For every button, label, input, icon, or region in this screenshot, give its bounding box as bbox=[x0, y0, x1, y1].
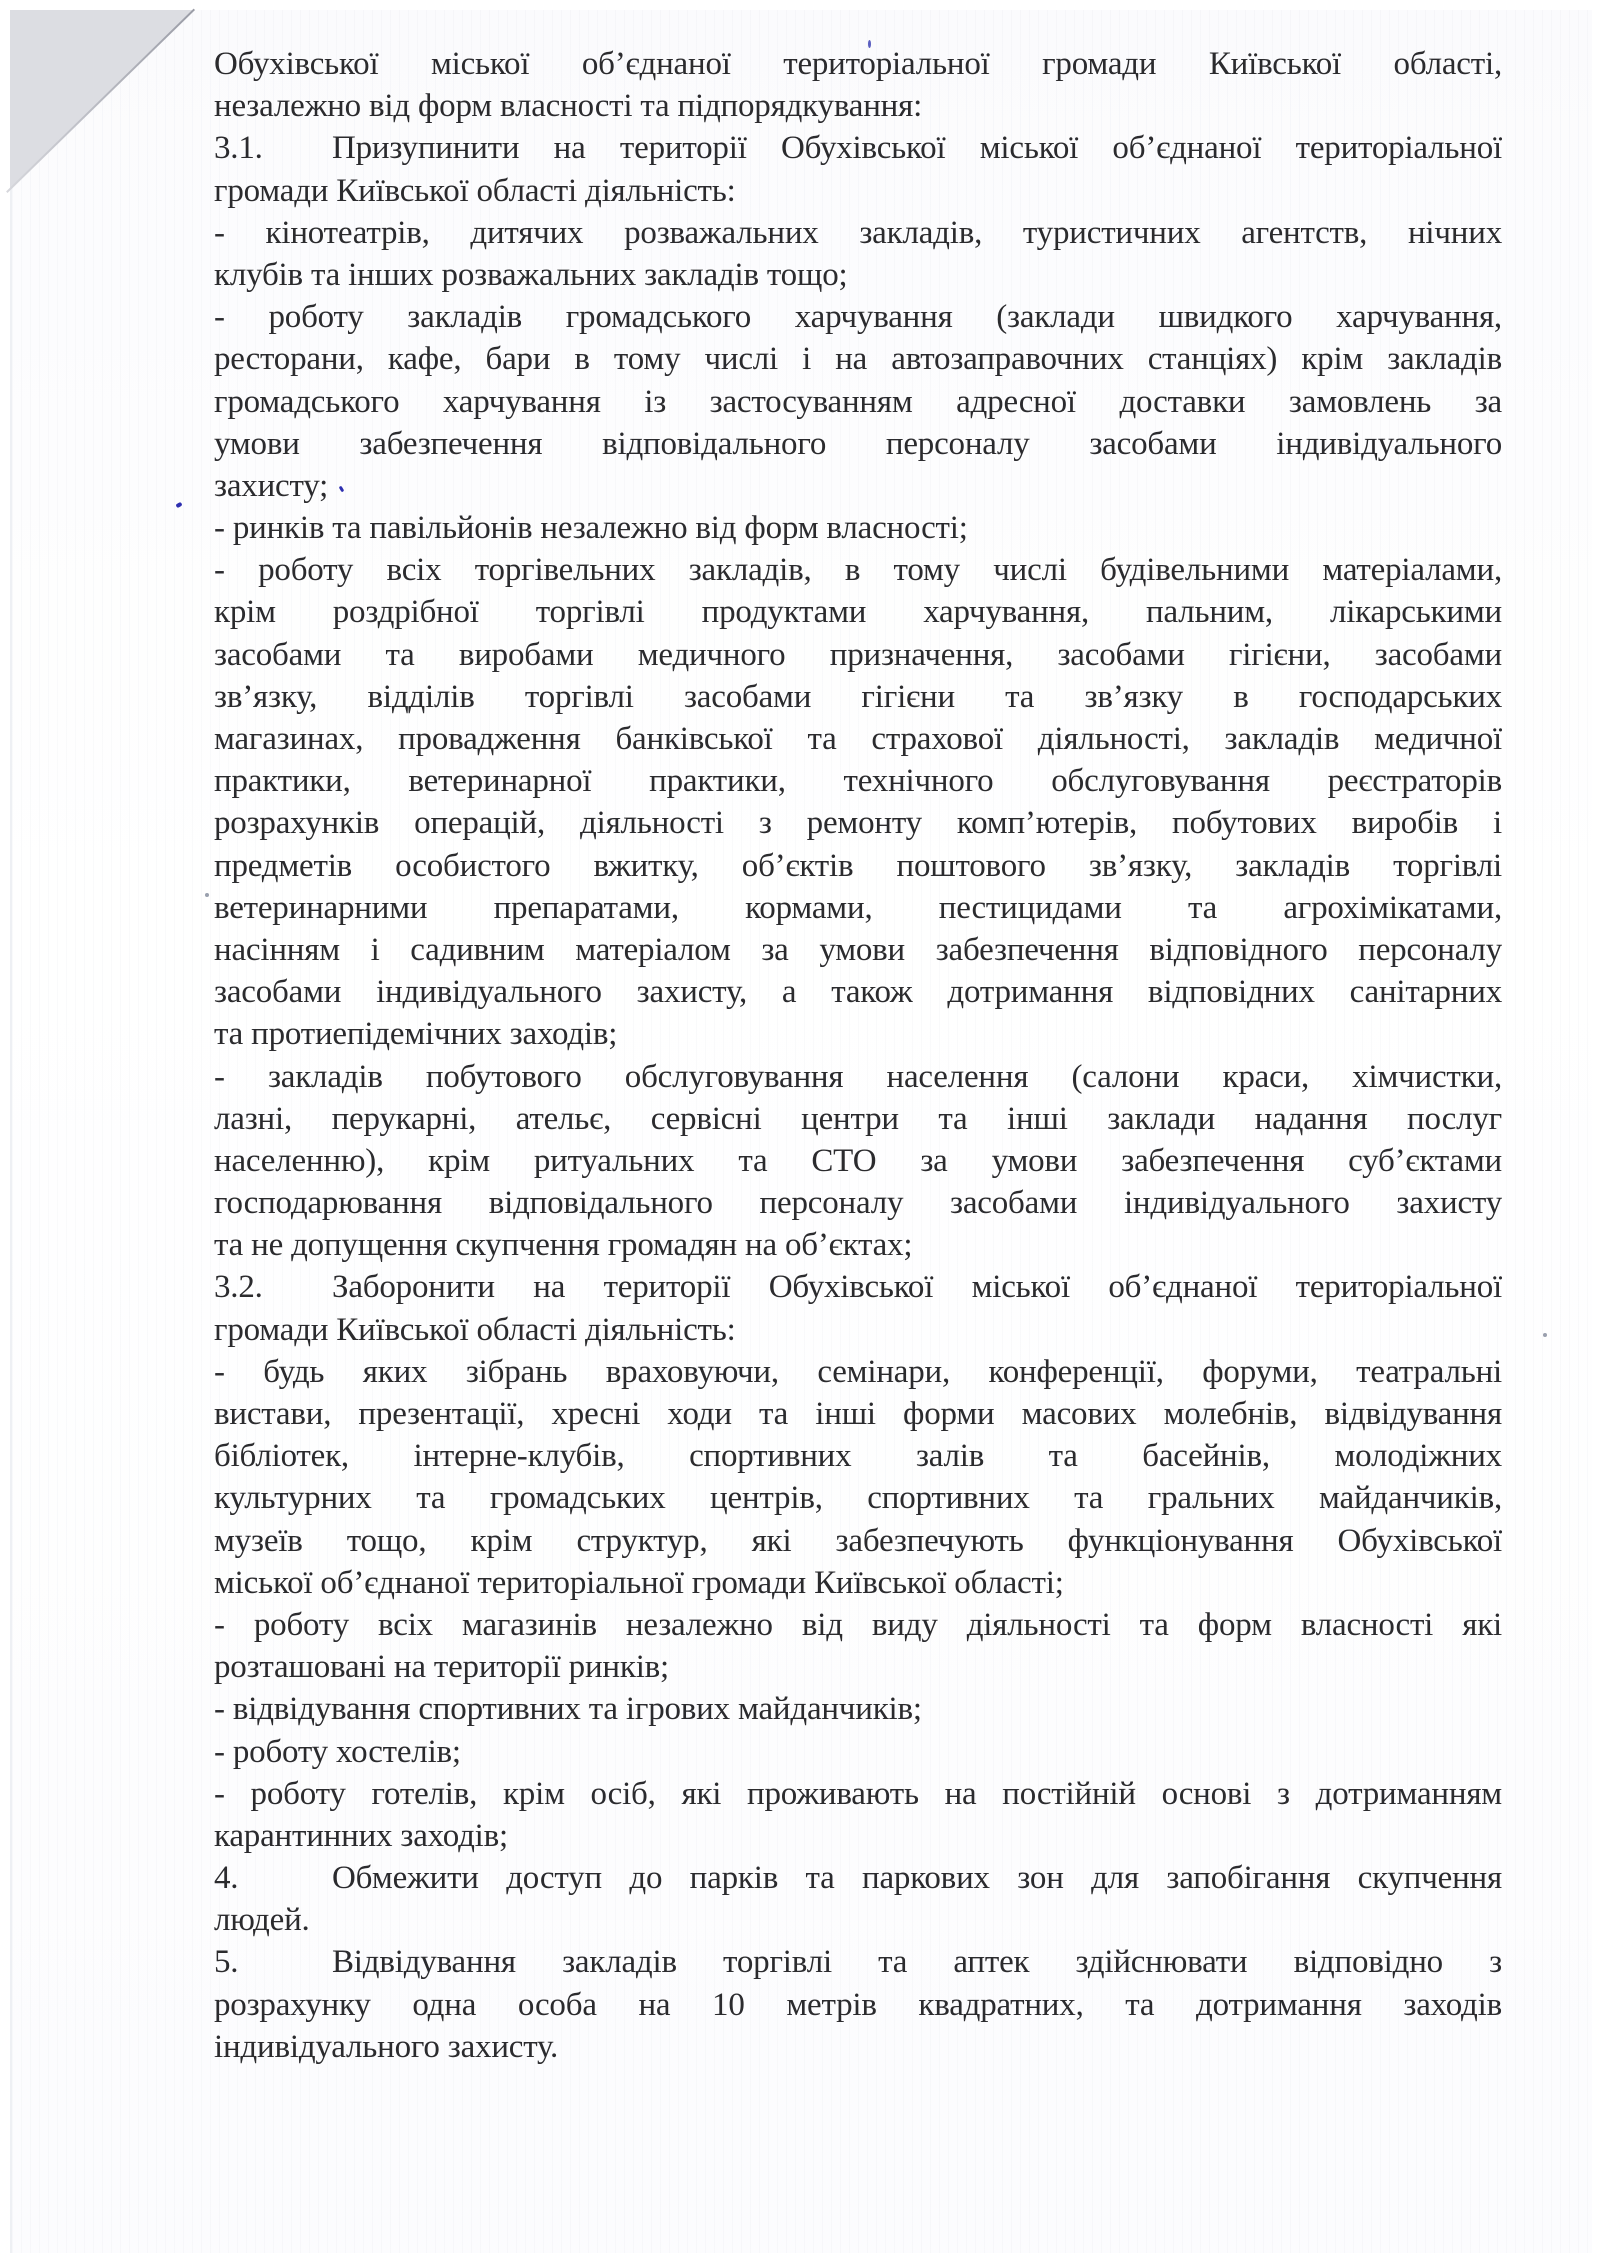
text-line: розрахунків операцій, діяльності з ремон… bbox=[214, 802, 1502, 844]
text-line: - роботу закладів громадського харчуванн… bbox=[214, 296, 1502, 338]
paragraph-p3-1-catering: - роботу закладів громадського харчуванн… bbox=[214, 296, 1502, 507]
text-line: розрахунку одна особа на 10 метрів квадр… bbox=[214, 1984, 1502, 2026]
line-text: індивідуального захисту. bbox=[214, 2029, 558, 2065]
line-text: - будь яких зібрань враховуючи, семінари… bbox=[214, 1354, 1502, 1390]
paragraph-p3-2-hostels: - роботу хостелів; bbox=[214, 1731, 1502, 1773]
paragraph-p5: 5.Відвідування закладів торгівлі та апте… bbox=[214, 1941, 1502, 2068]
paragraph-p3-2-gatherings: - будь яких зібрань враховуючи, семінари… bbox=[214, 1351, 1502, 1604]
text-line: - ринків та павільйонів незалежно від фо… bbox=[214, 507, 1502, 549]
line-text: насінням і садивним матеріалом за умови … bbox=[214, 932, 1502, 968]
line-text: Відвідування закладів торгівлі та аптек … bbox=[332, 1944, 1502, 1980]
clause-number: 4. bbox=[214, 1857, 332, 1899]
line-text: - роботу готелів, крім осіб, які прожива… bbox=[214, 1776, 1502, 1812]
line-text: культурних та громадських центрів, спорт… bbox=[214, 1480, 1502, 1516]
line-text: захисту; bbox=[214, 468, 328, 504]
text-line: громадського харчування із застосуванням… bbox=[214, 381, 1502, 423]
line-text: Обмежити доступ до парків та паркових зо… bbox=[332, 1860, 1502, 1896]
line-text: умови забезпечення відповідального персо… bbox=[214, 426, 1502, 462]
text-line: крім роздрібної торгівлі продуктами харч… bbox=[214, 591, 1502, 633]
text-line: - роботу готелів, крім осіб, які прожива… bbox=[214, 1773, 1502, 1815]
line-text: зв’язку, відділів торгівлі засобами гігі… bbox=[214, 679, 1502, 715]
text-line: Обухівської міської об’єднаної територіа… bbox=[214, 43, 1502, 85]
scan-speck bbox=[1543, 1333, 1547, 1337]
line-text: громадського харчування із застосуванням… bbox=[214, 384, 1502, 420]
text-line: - будь яких зібрань враховуючи, семінари… bbox=[214, 1351, 1502, 1393]
text-line: ветеринарними препаратами, кормами, пест… bbox=[214, 887, 1502, 929]
line-text: предметів особистого вжитку, об’єктів по… bbox=[214, 848, 1502, 884]
line-text: - відвідування спортивних та ігрових май… bbox=[214, 1691, 922, 1727]
text-line: предметів особистого вжитку, об’єктів по… bbox=[214, 845, 1502, 887]
paragraph-p3-2: 3.2.Заборонити на території Обухівської … bbox=[214, 1266, 1502, 1350]
text-line: - роботу хостелів; bbox=[214, 1731, 1502, 1773]
line-text: громади Київської області діяльність: bbox=[214, 173, 736, 209]
line-text: бібліотек, інтерне-клубів, спортивних за… bbox=[214, 1438, 1502, 1474]
text-line: бібліотек, інтерне-клубів, спортивних за… bbox=[214, 1435, 1502, 1477]
text-line: карантинних заходів; bbox=[214, 1815, 1502, 1857]
paragraph-p3-1-cinemas: - кінотеатрів, дитячих розважальних закл… bbox=[214, 212, 1502, 296]
clause-number: 5. bbox=[214, 1941, 332, 1983]
text-line: 5.Відвідування закладів торгівлі та апте… bbox=[214, 1941, 1502, 1983]
line-text: незалежно від форм власності та підпоряд… bbox=[214, 88, 922, 124]
line-text: Призупинити на території Обухівської міс… bbox=[332, 130, 1502, 166]
text-line: клубів та інших розважальних закладів то… bbox=[214, 254, 1502, 296]
text-line: практики, ветеринарної практики, технічн… bbox=[214, 760, 1502, 802]
paragraph-p3-2-shops: - роботу всіх магазинів незалежно від ви… bbox=[214, 1604, 1502, 1688]
line-text: крім роздрібної торгівлі продуктами харч… bbox=[214, 594, 1502, 630]
text-line: ресторани, кафе, бари в тому числі і на … bbox=[214, 338, 1502, 380]
text-line: людей. bbox=[214, 1899, 1502, 1941]
scan-speck bbox=[205, 893, 209, 897]
line-text: - ринків та павільйонів незалежно від фо… bbox=[214, 510, 968, 546]
line-text: засобами та виробами медичного призначен… bbox=[214, 637, 1502, 673]
line-text: та не допущення скупчення громадян на об… bbox=[214, 1227, 912, 1263]
paragraph-p3-2-hotels: - роботу готелів, крім осіб, які прожива… bbox=[214, 1773, 1502, 1857]
text-line: 4.Обмежити доступ до парків та паркових … bbox=[214, 1857, 1502, 1899]
text-line: населенню), крім ритуальних та СТО за ум… bbox=[214, 1140, 1502, 1182]
line-text: практики, ветеринарної практики, технічн… bbox=[214, 763, 1502, 799]
text-line: - роботу всіх торгівельних закладів, в т… bbox=[214, 549, 1502, 591]
text-line: громади Київської області діяльність: bbox=[214, 170, 1502, 212]
line-text: - кінотеатрів, дитячих розважальних закл… bbox=[214, 215, 1502, 251]
line-text: громади Київської області діяльність: bbox=[214, 1312, 736, 1348]
line-text: - роботу хостелів; bbox=[214, 1734, 461, 1770]
line-text: музеїв тощо, крім структур, які забезпеч… bbox=[214, 1523, 1502, 1559]
line-text: магазинах, провадження банківської та ст… bbox=[214, 721, 1502, 757]
document-body: Обухівської міської об’єднаної територіа… bbox=[214, 43, 1502, 2068]
text-line: 3.2.Заборонити на території Обухівської … bbox=[214, 1266, 1502, 1308]
clause-number: 3.1. bbox=[214, 127, 332, 169]
text-line: - роботу всіх магазинів незалежно від ви… bbox=[214, 1604, 1502, 1646]
paragraph-p3-1-services: - закладів побутового обслуговування нас… bbox=[214, 1056, 1502, 1267]
line-text: Заборонити на території Обухівської місь… bbox=[332, 1269, 1502, 1305]
text-line: міської об’єднаної територіальної громад… bbox=[214, 1562, 1502, 1604]
paragraph-p3-1-markets: - ринків та павільйонів незалежно від фо… bbox=[214, 507, 1502, 549]
text-line: умови забезпечення відповідального персо… bbox=[214, 423, 1502, 465]
text-line: музеїв тощо, крім структур, які забезпеч… bbox=[214, 1520, 1502, 1562]
clause-number: 3.2. bbox=[214, 1266, 332, 1308]
line-text: засобами індивідуального захисту, а тако… bbox=[214, 974, 1502, 1010]
text-line: зв’язку, відділів торгівлі засобами гігі… bbox=[214, 676, 1502, 718]
line-text: розташовані на території ринків; bbox=[214, 1649, 669, 1685]
line-text: - роботу закладів громадського харчуванн… bbox=[214, 299, 1502, 335]
line-text: вистави, презентації, хресні ходи та інш… bbox=[214, 1396, 1502, 1432]
text-line: лазні, перукарні, ательє, сервісні центр… bbox=[214, 1098, 1502, 1140]
text-line: розташовані на території ринків; bbox=[214, 1646, 1502, 1688]
line-text: розрахунку одна особа на 10 метрів квадр… bbox=[214, 1987, 1502, 2023]
line-text: карантинних заходів; bbox=[214, 1818, 508, 1854]
line-text: клубів та інших розважальних закладів то… bbox=[214, 257, 847, 293]
text-line: - відвідування спортивних та ігрових май… bbox=[214, 1688, 1502, 1730]
paragraph-p3-1-trade: - роботу всіх торгівельних закладів, в т… bbox=[214, 549, 1502, 1055]
text-line: індивідуального захисту. bbox=[214, 2026, 1502, 2068]
text-line: господарювання відповідального персоналу… bbox=[214, 1182, 1502, 1224]
line-text: лазні, перукарні, ательє, сервісні центр… bbox=[214, 1101, 1502, 1137]
line-text: та протиепідемічних заходів; bbox=[214, 1016, 617, 1052]
text-line: 3.1.Призупинити на території Обухівської… bbox=[214, 127, 1502, 169]
line-text: - роботу всіх магазинів незалежно від ви… bbox=[214, 1607, 1502, 1643]
text-line: насінням і садивним матеріалом за умови … bbox=[214, 929, 1502, 971]
text-line: - закладів побутового обслуговування нас… bbox=[214, 1056, 1502, 1098]
line-text: Обухівської міської об’єднаної територіа… bbox=[214, 46, 1502, 82]
line-text: господарювання відповідального персоналу… bbox=[214, 1185, 1502, 1221]
line-text: ветеринарними препаратами, кормами, пест… bbox=[214, 890, 1502, 926]
line-text: - закладів побутового обслуговування нас… bbox=[214, 1059, 1502, 1095]
paragraph-p3-1: 3.1.Призупинити на території Обухівської… bbox=[214, 127, 1502, 211]
text-line: засобами індивідуального захисту, а тако… bbox=[214, 971, 1502, 1013]
line-text: людей. bbox=[214, 1902, 310, 1938]
text-line: незалежно від форм власності та підпоряд… bbox=[214, 85, 1502, 127]
text-line: та не допущення скупчення громадян на об… bbox=[214, 1224, 1502, 1266]
line-text: ресторани, кафе, бари в тому числі і на … bbox=[214, 341, 1502, 377]
text-line: громади Київської області діяльність: bbox=[214, 1309, 1502, 1351]
text-line: та протиепідемічних заходів; bbox=[214, 1013, 1502, 1055]
line-text: населенню), крім ритуальних та СТО за ум… bbox=[214, 1143, 1502, 1179]
text-line: магазинах, провадження банківської та ст… bbox=[214, 718, 1502, 760]
text-line: захисту; bbox=[214, 465, 1502, 507]
line-text: - роботу всіх торгівельних закладів, в т… bbox=[214, 552, 1502, 588]
line-text: розрахунків операцій, діяльності з ремон… bbox=[214, 805, 1502, 841]
paragraph-intro: Обухівської міської об’єднаної територіа… bbox=[214, 43, 1502, 127]
text-line: вистави, презентації, хресні ходи та інш… bbox=[214, 1393, 1502, 1435]
text-line: - кінотеатрів, дитячих розважальних закл… bbox=[214, 212, 1502, 254]
text-line: культурних та громадських центрів, спорт… bbox=[214, 1477, 1502, 1519]
paragraph-p4: 4.Обмежити доступ до парків та паркових … bbox=[214, 1857, 1502, 1941]
line-text: міської об’єднаної територіальної громад… bbox=[214, 1565, 1064, 1601]
paragraph-p3-2-playgrounds: - відвідування спортивних та ігрових май… bbox=[214, 1688, 1502, 1730]
text-line: засобами та виробами медичного призначен… bbox=[214, 634, 1502, 676]
